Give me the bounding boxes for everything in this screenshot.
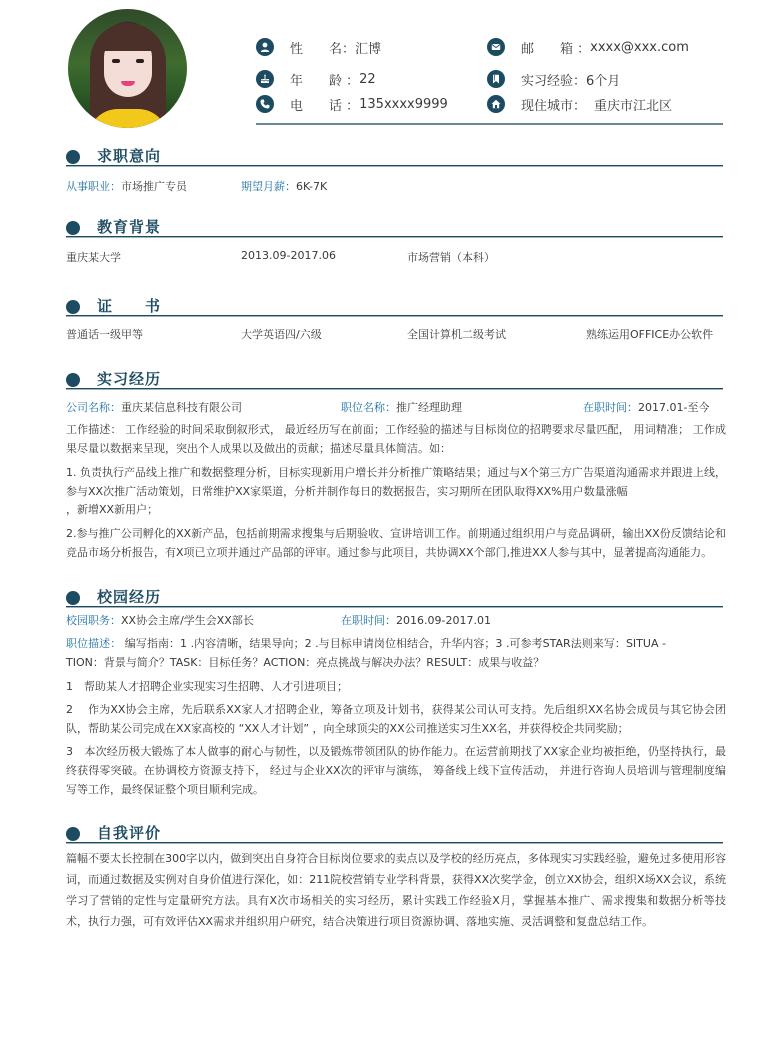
campus-item-2: 2 作为XX协会主席，先后联系XX家人才招聘企业，筹备立项及计划书，获得某公司认… (66, 700, 726, 738)
bullet-dot-icon (66, 150, 80, 164)
company-label: 公司名称： (66, 401, 121, 414)
section-divider (66, 842, 723, 843)
cake-icon (256, 70, 274, 88)
phone-icon (256, 95, 274, 113)
info-experience: 实习经验： 6个月 (487, 67, 620, 91)
internship-item-1: 1. 负责执行产品线上推广和数据整理分析，目标实现新用户增长并分析推广策略结果；… (66, 463, 726, 501)
occupation-value: 市场推广专员 (121, 180, 187, 193)
salary-value: 6K-7K (296, 180, 327, 193)
education-major: 市场营销（本科） (407, 249, 495, 265)
occupation-label: 从事职业： (66, 180, 121, 193)
campus-period-value: 2016.09-2017.01 (396, 614, 491, 627)
school-name: 重庆某大学 (66, 249, 121, 265)
bullet-dot-icon (66, 221, 80, 235)
section-self-evaluation: 自我评价 (66, 822, 723, 844)
bookmark-icon (487, 70, 505, 88)
section-title: 证 书 (97, 295, 161, 316)
company-value: 重庆某信息科技有限公司 (121, 401, 242, 414)
age-value: 22 (359, 72, 376, 87)
section-divider (66, 606, 723, 607)
section-title: 自我评价 (97, 822, 161, 843)
position-value: 推广经理助理 (396, 401, 462, 414)
phone-value: 135xxxx9999 (359, 97, 448, 112)
position-label: 职位名称： (341, 401, 396, 414)
campus-description: 职位描述： 编写指南：1 .内容清晰，结果导向；2 .与目标申请岗位相结合，升华… (66, 634, 666, 672)
internship-item-1-continued: ，新增XX新用户； (66, 500, 726, 519)
campus-item-3: 3 本次经历极大锻炼了本人做事的耐心与韧性，以及锻炼带领团队的协作能力。在运营前… (66, 742, 726, 799)
experience-label: 实习经验： (521, 70, 586, 89)
bullet-dot-icon (66, 591, 80, 605)
period-label: 在职时间： (583, 401, 638, 414)
city-label: 现住城市： (521, 95, 586, 114)
name-label: 性 名： (290, 38, 355, 57)
section-certificates: 证 书 (66, 295, 723, 317)
period-value: 2017.01-至今 (638, 401, 709, 414)
info-email: 邮 箱 ： xxxx@xxx.com (487, 35, 689, 59)
email-label: 邮 箱 ： (521, 38, 590, 57)
certificate-item: 熟练运用OFFICE办公软件 (586, 326, 713, 342)
self-evaluation-text: 篇幅不要太长控制在300字以内，做到突出自身符合目标岗位要求的卖点以及学校的经历… (66, 848, 726, 932)
info-phone: 电 话 ： 135xxxx9999 (256, 92, 448, 116)
age-label: 年 龄 ： (290, 70, 359, 89)
bullet-dot-icon (66, 827, 80, 841)
experience-value: 6个月 (586, 70, 620, 89)
education-period: 2013.09-2017.06 (241, 249, 336, 262)
resume-page: 性 名： 汇博 年 龄 ： 22 电 话 ： 135xxxx9999 邮 箱 ：… (0, 0, 781, 1057)
section-campus: 校园经历 (66, 586, 723, 608)
certificate-item: 大学英语四/六级 (241, 326, 322, 342)
section-divider (66, 388, 723, 389)
section-title: 求职意向 (97, 145, 161, 166)
desc-value: 编写指南：1 .内容清晰，结果导向；2 .与目标申请岗位相结合，升华内容；3 .… (66, 637, 666, 669)
section-job-intent: 求职意向 (66, 145, 723, 167)
role-label: 校园职务： (66, 614, 121, 627)
internship-description: 工作描述： 工作经验的时间采取倒叙形式， 最近经历写在前面；工作经验的描述与目标… (66, 420, 726, 458)
section-education: 教育背景 (66, 216, 723, 238)
phone-label: 电 话 ： (290, 95, 359, 114)
role-value: XX协会主席/学生会XX部长 (121, 614, 254, 627)
section-title: 教育背景 (97, 216, 161, 237)
salary-label: 期望月薪： (241, 180, 296, 193)
info-city: 现住城市： 重庆市江北区 (487, 92, 672, 116)
bullet-dot-icon (66, 373, 80, 387)
info-name: 性 名： 汇博 (256, 35, 381, 59)
internship-item-2: 2.参与推广公司孵化的XX新产品，包括前期需求搜集与后期验收、宣讲培训工作。前期… (66, 524, 726, 562)
certificate-item: 普通话一级甲等 (66, 326, 143, 342)
header-divider (256, 123, 723, 125)
email-value: xxxx@xxx.com (590, 40, 689, 55)
envelope-icon (487, 38, 505, 56)
avatar (68, 9, 187, 128)
certificate-item: 全国计算机二级考试 (407, 326, 506, 342)
city-value: 重庆市江北区 (594, 95, 672, 114)
campus-item-1: 1 帮助某人才招聘企业实现实习生招聘、人才引进项目； (66, 677, 726, 696)
section-title: 校园经历 (97, 586, 161, 607)
person-icon (256, 38, 274, 56)
home-icon (487, 95, 505, 113)
campus-period-label: 在职时间： (341, 614, 396, 627)
section-divider (66, 236, 723, 237)
section-divider (66, 315, 723, 316)
section-title: 实习经历 (97, 368, 161, 389)
name-value: 汇博 (355, 38, 381, 57)
info-age: 年 龄 ： 22 (256, 67, 376, 91)
desc-label: 职位描述： (66, 637, 121, 650)
bullet-dot-icon (66, 300, 80, 314)
section-internship: 实习经历 (66, 368, 723, 390)
section-divider (66, 165, 723, 166)
